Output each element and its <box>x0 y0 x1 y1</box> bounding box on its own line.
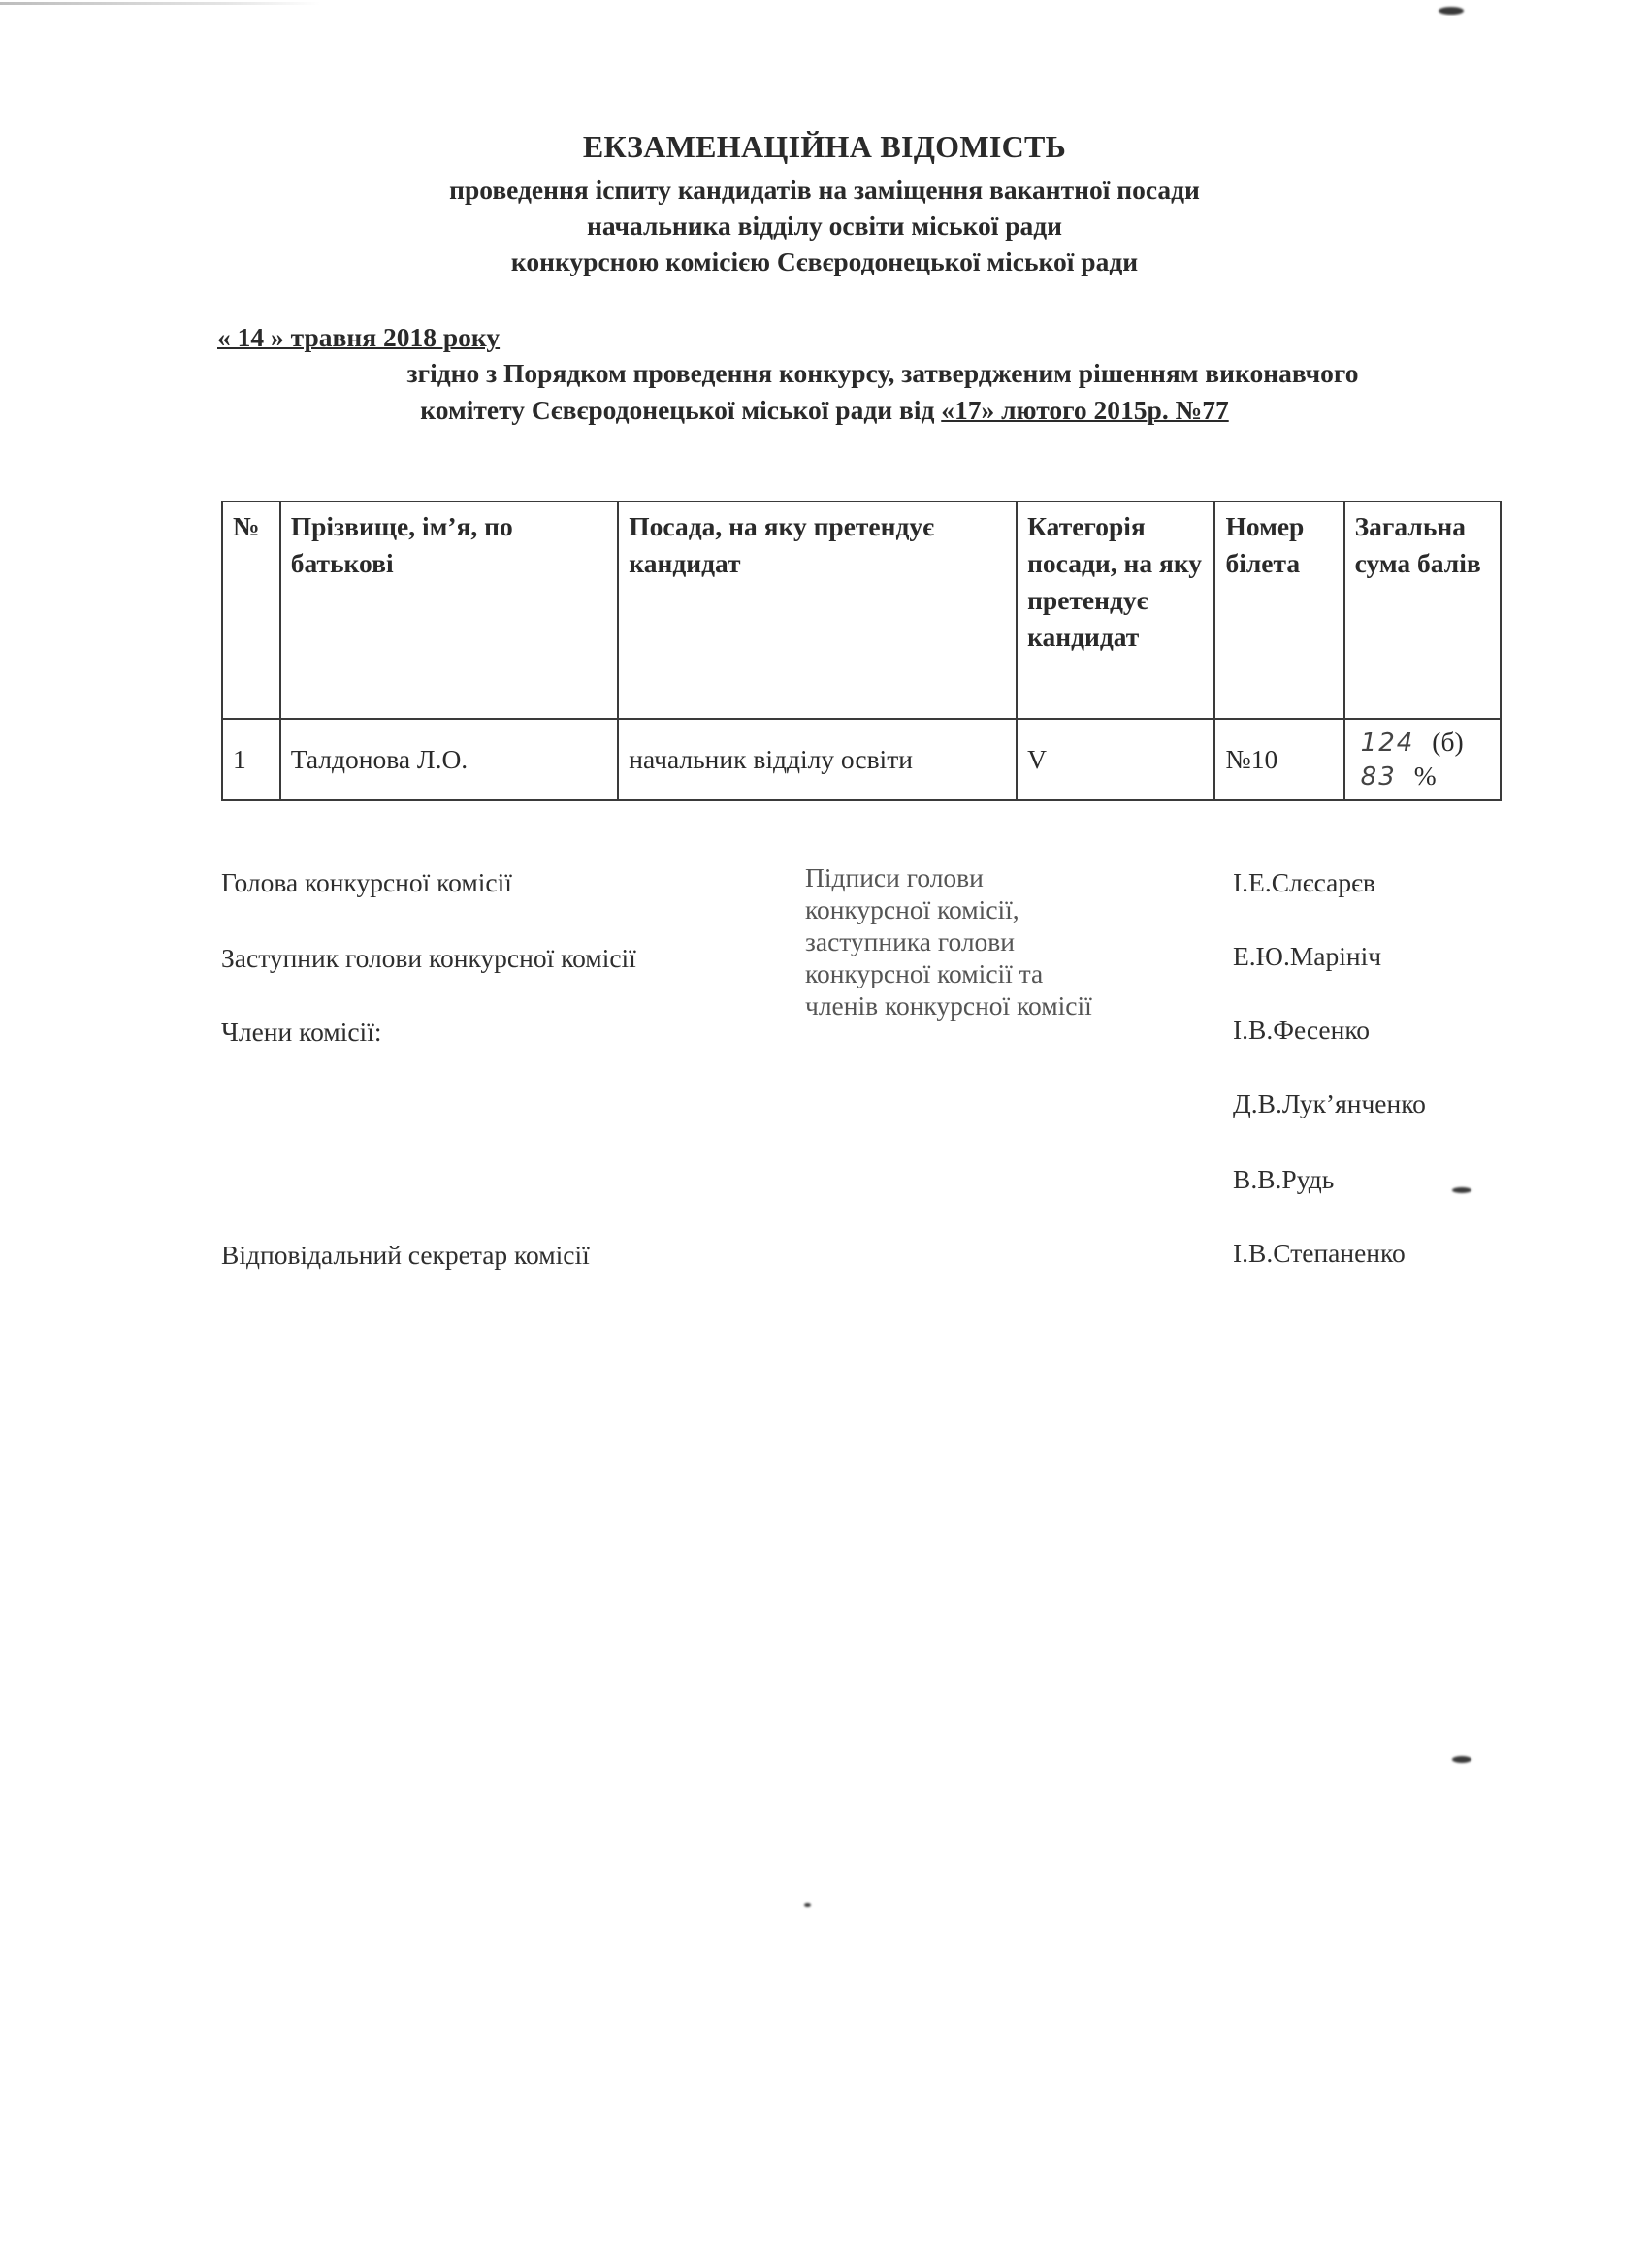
header-ticket: Номер білета <box>1214 502 1343 719</box>
person-deputy: Е.Ю.Марініч <box>1233 941 1381 972</box>
caption-line: заступника голови <box>805 925 1092 957</box>
legal-basis-reference: «17» лютого 2015р. №77 <box>941 395 1228 425</box>
scan-speck <box>1452 1756 1471 1763</box>
cell-total-score: 124 (б) 83 % <box>1344 719 1501 800</box>
caption-line: Підписи голови <box>805 861 1092 893</box>
exam-date: « 14 » травня 2018 року <box>217 322 500 353</box>
person-member: І.В.Фесенко <box>1233 1015 1370 1046</box>
scan-speck <box>804 1903 811 1907</box>
scan-edge-artifact <box>0 2 320 5</box>
score-percent-value: 83 <box>1361 761 1397 794</box>
score-points: 124 (б) <box>1361 726 1490 760</box>
table-row: 1 Талдонова Л.О. начальник відділу освіт… <box>222 719 1501 800</box>
scan-speck <box>1452 1187 1471 1193</box>
cell-category: V <box>1017 719 1214 800</box>
document-title: ЕКЗАМЕНАЦІЙНА ВІДОМІСТЬ <box>0 129 1649 165</box>
exam-results-table: № Прізвище, ім’я, по батькові Посада, на… <box>221 501 1502 801</box>
cell-full-name: Талдонова Л.О. <box>280 719 619 800</box>
person-member: Д.В.Лук’янченко <box>1233 1088 1426 1119</box>
score-points-unit: (б) <box>1432 726 1463 759</box>
person-secretary: І.В.Степаненко <box>1233 1238 1406 1269</box>
header-full-name: Прізвище, ім’я, по батькові <box>280 502 619 719</box>
subtitle-line: проведення іспиту кандидатів на заміщенн… <box>0 172 1649 208</box>
cell-number: 1 <box>222 719 280 800</box>
role-secretary: Відповідальний секретар комісії <box>221 1240 590 1271</box>
legal-basis: згідно з Порядком проведення конкурсу, з… <box>0 355 1649 429</box>
score-percent: 83 % <box>1361 760 1490 794</box>
document-subtitle: проведення іспиту кандидатів на заміщенн… <box>0 172 1649 279</box>
subtitle-line: конкурсною комісією Сєвєродонецької місь… <box>0 243 1649 279</box>
role-chair: Голова конкурсної комісії <box>221 867 512 898</box>
score-percent-unit: % <box>1414 760 1437 793</box>
role-deputy: Заступник голови конкурсної комісії <box>221 943 636 974</box>
legal-basis-line: згідно з Порядком проведення конкурсу, з… <box>0 355 1649 392</box>
score-points-value: 124 <box>1361 727 1415 760</box>
person-member: В.В.Рудь <box>1233 1164 1334 1195</box>
scan-speck <box>1439 7 1464 15</box>
header-number: № <box>222 502 280 719</box>
caption-line: конкурсної комісії, <box>805 893 1092 925</box>
table-header-row: № Прізвище, ім’я, по батькові Посада, на… <box>222 502 1501 719</box>
legal-basis-line: комітету Сєвєродонецької міської ради ві… <box>0 392 1649 429</box>
header-position: Посада, на яку претендує кандидат <box>618 502 1017 719</box>
header-category: Категорія посади, на яку претендує канди… <box>1017 502 1214 719</box>
cell-ticket: №10 <box>1214 719 1343 800</box>
subtitle-line: начальника відділу освіти міської ради <box>0 208 1649 243</box>
role-members: Члени комісії: <box>221 1017 381 1048</box>
legal-basis-prefix: комітету Сєвєродонецької міської ради ві… <box>420 395 941 425</box>
caption-line: членів конкурсної комісії <box>805 989 1092 1021</box>
caption-line: конкурсної комісії та <box>805 957 1092 989</box>
signatures-caption: Підписи голови конкурсної комісії, засту… <box>805 861 1092 1021</box>
person-chair: І.Е.Слєсарєв <box>1233 867 1375 898</box>
header-total-score: Загальна сума балів <box>1344 502 1501 719</box>
cell-position: начальник відділу освіти <box>618 719 1017 800</box>
